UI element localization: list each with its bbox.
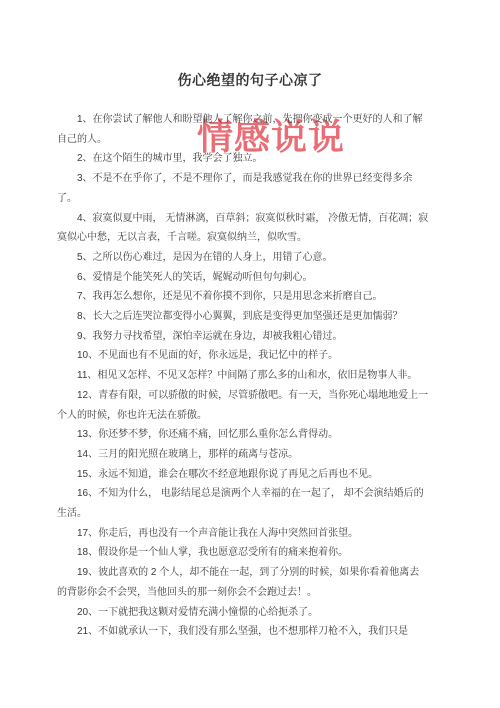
sentence: 11、相见又怎样、不见又怎样？中间隔了那么多的山和水，依旧是物事人非。 — [57, 366, 429, 386]
sentence: 2、在这个陌生的城市里，我学会了独立。 — [57, 149, 429, 169]
sentence: 9、我努力寻找希望，深怕幸运就在身边，却被我粗心错过。 — [57, 327, 429, 347]
sentence: 16、不知为什么， 电影结尾总是演两个人幸福的在一起了， 却不会演结婚后的生活。 — [57, 484, 429, 523]
sentence: 5、之所以伤心难过，是因为在错的人身上，用错了心意。 — [57, 248, 429, 268]
document-page: 伤心绝望的句子心凉了 情感说说 1、在你尝试了解他人和盼望他人了解你之前，先把你… — [0, 0, 500, 708]
sentence: 12、青春有限，可以骄傲的时候，尽管骄傲吧。有一天，当你死心塌地地爱上一个人的时… — [57, 386, 429, 425]
sentence: 18、假设你是一个仙人掌，我也愿意忍受所有的痛来抱着你。 — [57, 543, 429, 563]
sentence: 8、长大之后连哭泣都变得小心翼翼，到底是变得更加坚强还是更加懦弱？ — [57, 307, 429, 327]
sentence: 3、不是不在乎你了，不是不理你了，而是我感觉我在你的世界已经变得多余了。 — [57, 169, 429, 208]
sentence: 1、在你尝试了解他人和盼望他人了解你之前，先把你变成一个更好的人和了解自己的人。 — [57, 110, 429, 149]
sentence: 20、一下就把我这颗对爱情充满小憧憬的心给扼杀了。 — [57, 603, 429, 623]
sentence: 14、三月的阳光照在玻璃上，那样的疏离与苍凉。 — [57, 445, 429, 465]
sentence-list: 1、在你尝试了解他人和盼望他人了解你之前，先把你变成一个更好的人和了解自己的人。… — [57, 110, 429, 642]
sentence: 21、不如就承认一下，我们没有那么坚强，也不想那样刀枪不入，我们只是 — [57, 622, 429, 642]
sentence: 13、你还梦不梦，你还痛不痛，回忆那么重你怎么背得动。 — [57, 425, 429, 445]
sentence: 15、永远不知道，谁会在哪次不经意地跟你说了再见之后再也不见。 — [57, 465, 429, 485]
sentence: 19、彼此喜欢的 2 个人，却不能在一起，到了分别的时候，如果你看着他离去的背影… — [57, 563, 429, 602]
sentence: 6、爱情是个能笑死人的笑话，娓娓动听但句句刺心。 — [57, 268, 429, 288]
page-title: 伤心绝望的句子心凉了 — [0, 70, 500, 90]
sentence: 4、寂寞似夏中雨， 无情淋漓，百草斜；寂寞似秋时霜， 冷傲无情，百花凋；寂寞似心… — [57, 209, 429, 248]
sentence: 17、你走后，再也没有一个声音能让我在人海中突然回首张望。 — [57, 524, 429, 544]
sentence: 10、不见面也有不见面的好，你永远是，我记忆中的样子。 — [57, 346, 429, 366]
sentence: 7、我再怎么想你，还是见不着你摸不到你，只是用思念来折磨自己。 — [57, 287, 429, 307]
